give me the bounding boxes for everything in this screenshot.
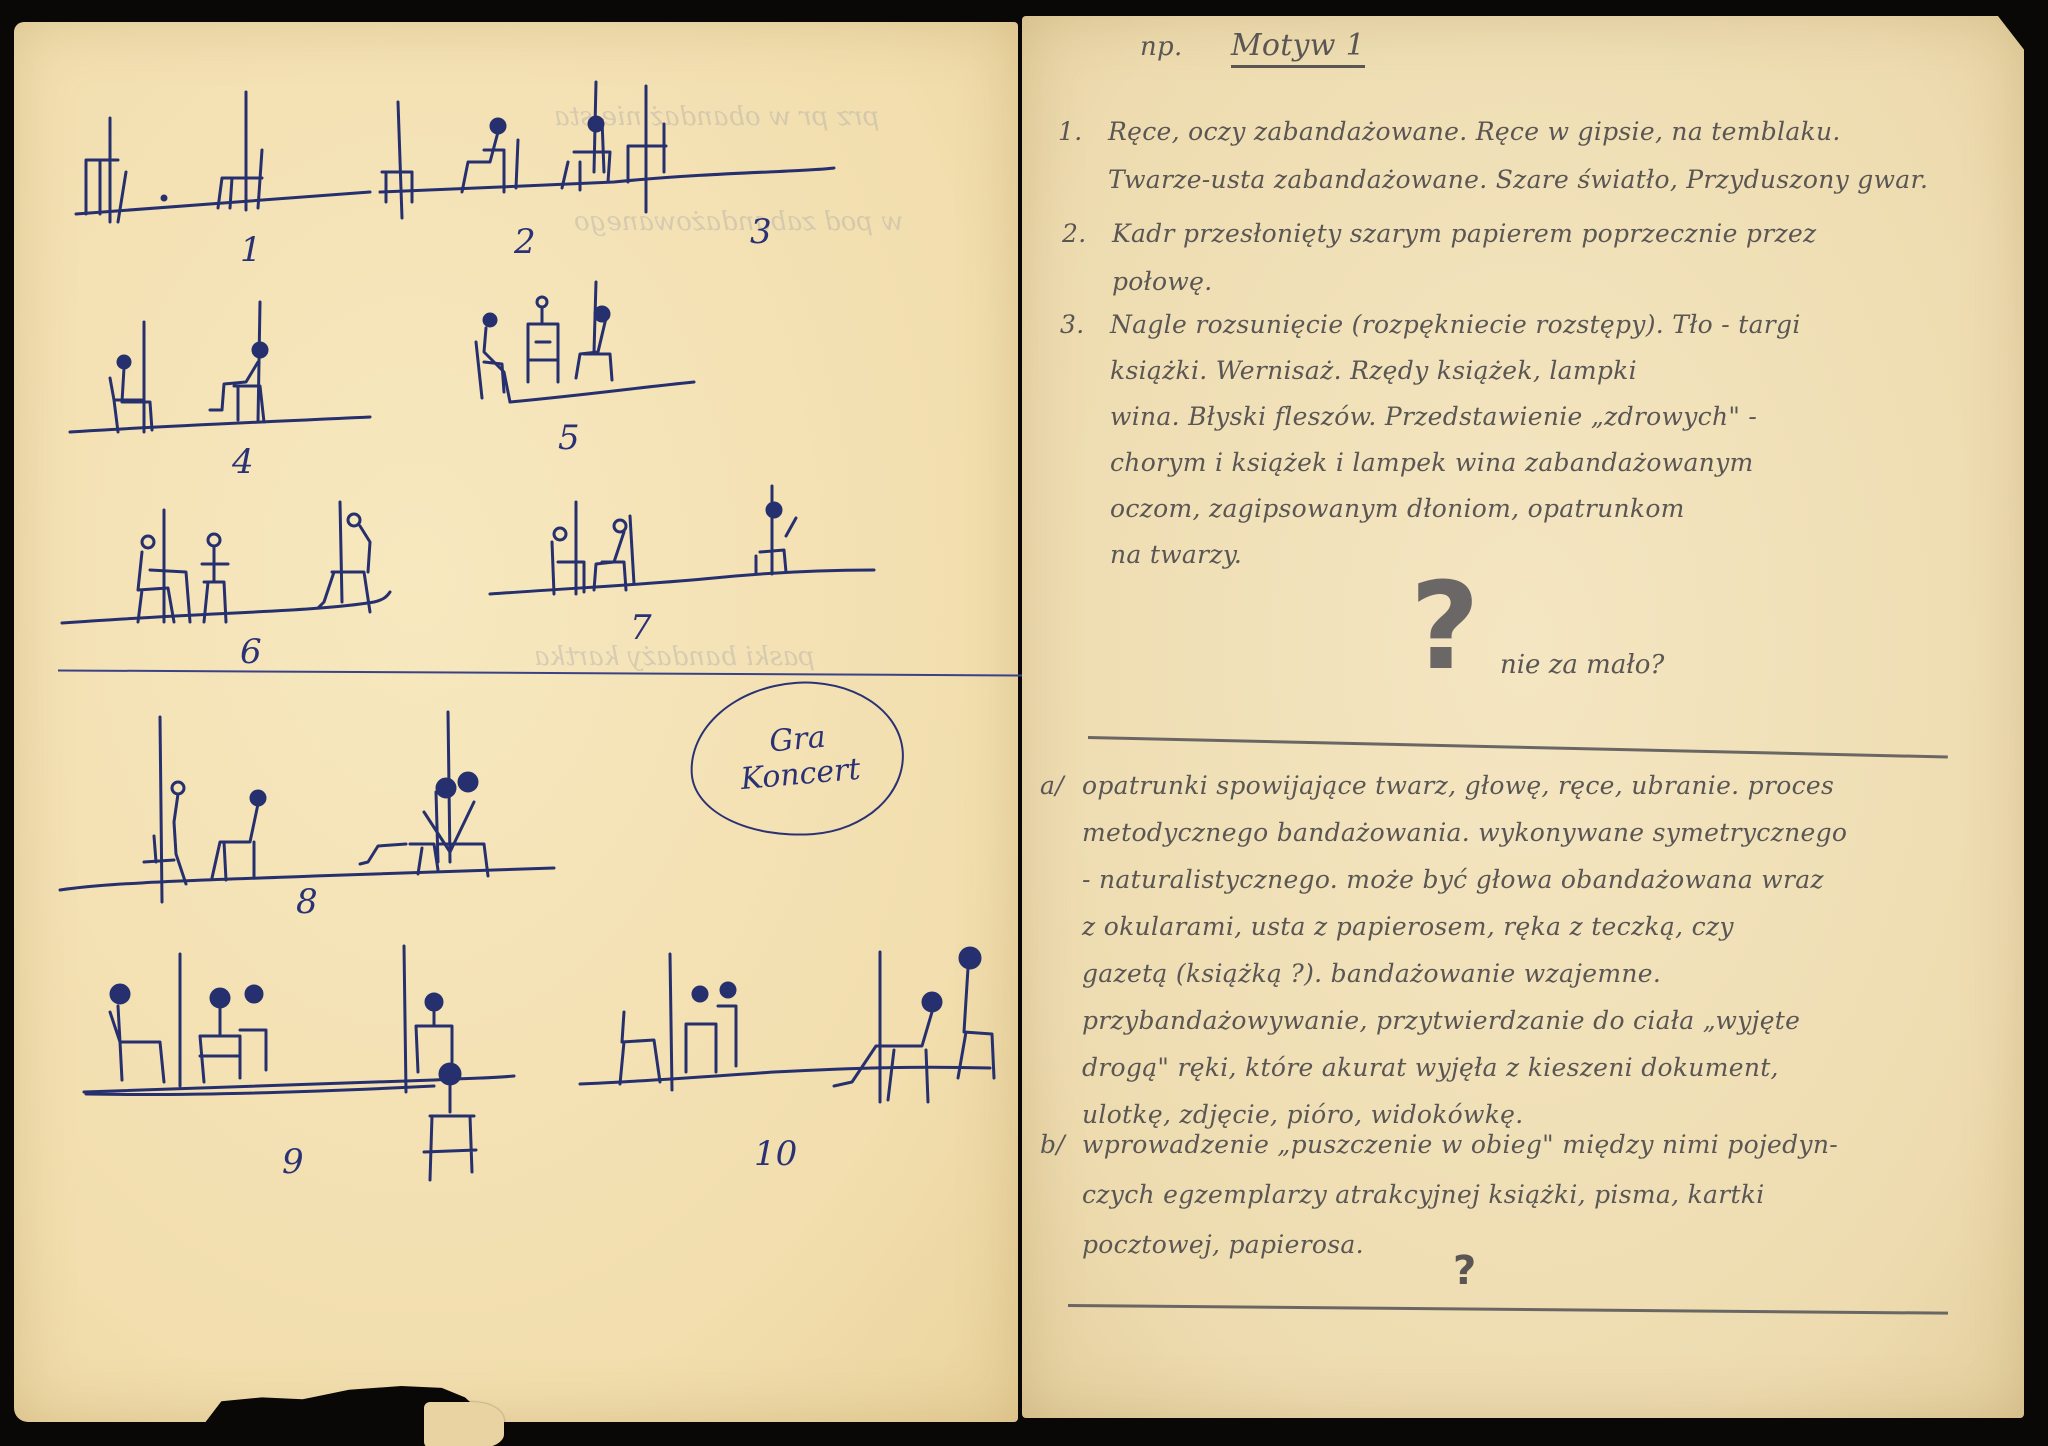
oval-note: Gra Koncert — [711, 715, 886, 800]
item-1: 1. Ręce, oczy zabandażowane. Ręce w gips… — [1058, 108, 2008, 204]
page-title: np. Motyw 1 — [1140, 22, 1365, 71]
section-line: gazetą (książką ?). bandażowanie wzajemn… — [1082, 950, 1990, 997]
scene-5-sketch — [476, 282, 694, 402]
section-line: przybandażowywanie, przytwierdzanie do c… — [1082, 997, 1990, 1044]
item-line: chorym i książek i lampek wina zabandażo… — [1110, 440, 2010, 486]
scene-number-1: 1 — [240, 230, 262, 270]
section-line: wprowadzenie „puszczenie w obieg" między… — [1082, 1120, 1990, 1170]
section-line: drogą" ręki, które akurat wyjęła z kiesz… — [1082, 1044, 1990, 1091]
item-line: Twarze-usta zabandażowane. Szare światło… — [1108, 156, 2008, 204]
section-line: metodycznego bandażowania. wykonywane sy… — [1082, 809, 1990, 856]
section-line: - naturalistycznego. może być głowa oban… — [1082, 856, 1990, 903]
scene-number-5: 5 — [558, 418, 580, 458]
small-question-mark: ? — [1453, 1248, 1476, 1294]
large-question-mark: ? — [1410, 568, 1480, 688]
section-line: opatrunki spowijające twarz, głowę, ręce… — [1082, 762, 1990, 809]
section-a: a/ opatrunki spowijające twarz, głowę, r… — [1040, 762, 1990, 1138]
title-motif: Motyw 1 — [1231, 28, 1365, 68]
scene-8-sketch — [60, 712, 554, 902]
title-prefix: np. — [1140, 32, 1183, 62]
scene-number-8: 8 — [296, 882, 318, 922]
scene-number-6: 6 — [240, 632, 262, 672]
scene-2-3-sketch — [380, 82, 834, 218]
item-line: książki. Wernisaż. Rzędy książek, lampki — [1110, 348, 2010, 394]
section-line: czych egzemplarzy atrakcyjnej książki, p… — [1082, 1170, 1990, 1220]
item-line: oczom, zagipsowanym dłoniom, opatrunkom — [1110, 486, 2010, 532]
scene-number-2: 2 — [514, 222, 536, 262]
item-line: na twarzy. — [1110, 532, 2010, 578]
scene-number-7: 7 — [630, 608, 652, 648]
scene-1-sketch — [76, 92, 370, 222]
scene-number-9: 9 — [282, 1142, 304, 1182]
scene-number-4: 4 — [232, 442, 254, 482]
question-note: nie za mało? — [1500, 650, 1664, 680]
item-number: 2. — [1062, 210, 1086, 258]
scene-4-sketch — [70, 302, 370, 432]
item-number: 1. — [1058, 108, 1082, 156]
scene-number-10: 10 — [754, 1134, 797, 1174]
section-line: pocztowej, papierosa. — [1082, 1220, 1990, 1270]
item-2: 2. Kadr przesłonięty szarym papierem pop… — [1062, 210, 2012, 306]
section-line: z okularami, usta z papierosem, ręka z t… — [1082, 903, 1990, 950]
scene-7-sketch — [490, 486, 874, 594]
section-label: a/ — [1040, 762, 1064, 809]
item-line: Nagle rozsunięcie (rozpękniecie rozstępy… — [1110, 302, 2010, 348]
scene-10-sketch — [580, 948, 994, 1102]
item-3: 3. Nagle rozsunięcie (rozpękniecie rozst… — [1060, 302, 2010, 578]
section-b: b/ wprowadzenie „puszczenie w obieg" mię… — [1040, 1120, 1990, 1270]
item-number: 3. — [1060, 302, 1084, 348]
left-page: prz pr w obandaż nie sta w pod zabandażo… — [14, 22, 1018, 1422]
item-line: wina. Błyski fleszów. Przedstawienie „zd… — [1110, 394, 2010, 440]
item-line: Ręce, oczy zabandażowane. Ręce w gipsie,… — [1108, 108, 2008, 156]
section-label: b/ — [1040, 1120, 1065, 1170]
item-line: Kadr przesłonięty szarym papierem poprze… — [1112, 210, 2012, 258]
scene-6-sketch — [62, 502, 390, 623]
scene-number-3: 3 — [750, 212, 772, 252]
item-line: połowę. — [1112, 258, 2012, 306]
